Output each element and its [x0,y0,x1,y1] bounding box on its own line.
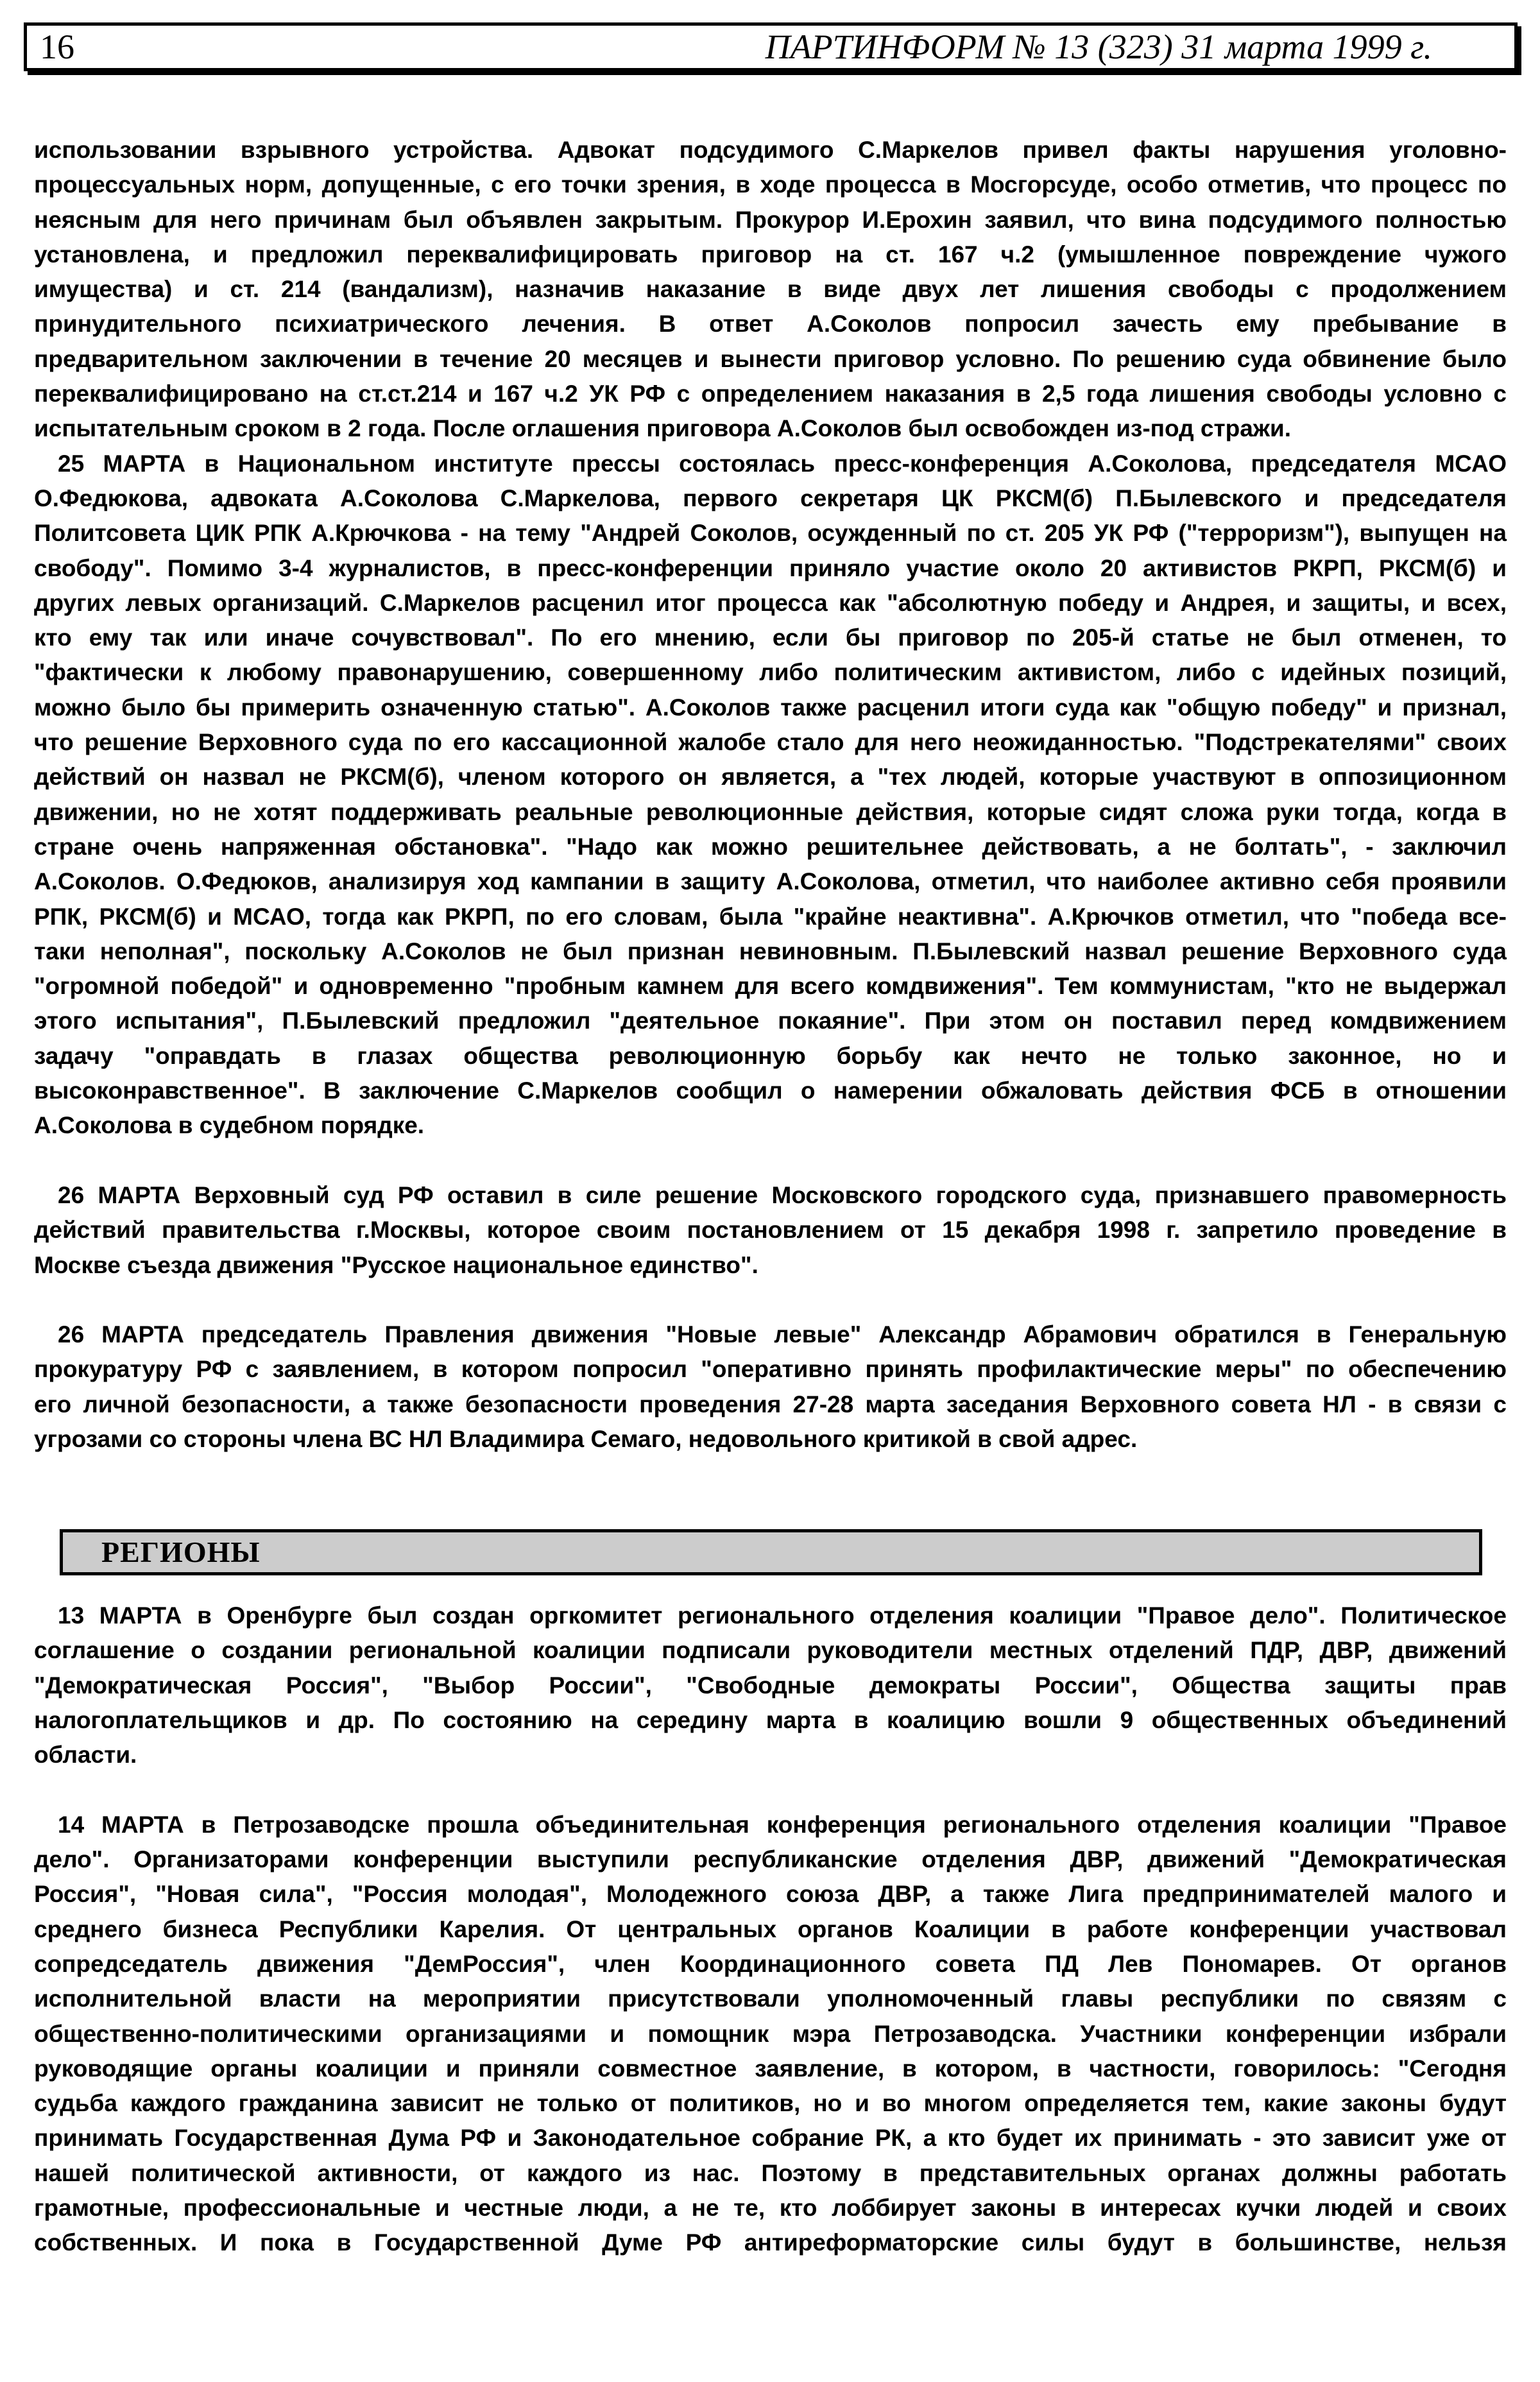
section-title: РЕГИОНЫ [101,1534,261,1571]
text-line: налогоплательщиков и др. По состоянию на… [34,1703,1507,1738]
text-line: высоконравственное". В заключение С.Марк… [34,1074,1507,1108]
text-line: "Демократическая Россия", "Выбор России"… [34,1668,1507,1703]
text-line: его личной безопасности, а также безопас… [34,1387,1507,1422]
text-line: Политсовета ЦИК РПК А.Крючкова - на тему… [34,516,1507,551]
text-line: 14 МАРТА в Петрозаводске прошла объедини… [34,1808,1507,1842]
text-line: среднего бизнеса Республики Карелия. От … [34,1912,1507,1947]
paragraph-gap [34,1772,1507,1807]
regions-column: 13 МАРТА в Оренбурге был создан оргкомит… [34,1598,1507,2261]
text-line: стране очень напряженная обстановка". "Н… [34,830,1507,864]
text-line: неясным для него причинам был объявлен з… [34,203,1507,237]
text-line: 26 МАРТА Верховный суд РФ оставил в силе… [34,1178,1507,1213]
text-line: "фактически к любому правонарушению, сов… [34,655,1507,690]
text-line: что решение Верховного суда по его касса… [34,725,1507,760]
text-line: можно было бы примерить означенную стать… [34,690,1507,725]
text-line: прокуратуру РФ с заявлением, в котором п… [34,1352,1507,1387]
text-line: А.Соколова в судебном порядке. [34,1108,1507,1143]
text-line: действий правительства г.Москвы, которое… [34,1213,1507,1247]
text-line: собственных. И пока в Государственной Ду… [34,2225,1507,2260]
text-line: нашей политической активности, от каждог… [34,2156,1507,2191]
article-paragraph: использовании взрывного устройства. Адво… [34,133,1507,447]
text-line: переквалифицировано на ст.ст.214 и 167 ч… [34,377,1507,411]
text-line: дело". Организаторами конференции выступ… [34,1842,1507,1877]
article-paragraph: 25 МАРТА в Национальном институте прессы… [34,447,1507,1144]
text-line: Москве съезда движения "Русское национал… [34,1248,1507,1283]
text-line: грамотные, профессиональные и честные лю… [34,2191,1507,2225]
text-line: А.Соколов. О.Федюков, анализируя ход кам… [34,864,1507,899]
text-line: принимать Государственная Дума РФ и Зако… [34,2121,1507,2155]
text-line: движении, но не хотят поддерживать реаль… [34,795,1507,830]
text-line: РПК, РКСМ(б) и МСАО, тогда как РКРП, по … [34,900,1507,934]
section-heading-regions: РЕГИОНЫ [60,1529,1482,1575]
text-line: судьба каждого гражданина зависит не тол… [34,2086,1507,2121]
text-line: этого испытания", П.Былевский предложил … [34,1004,1507,1038]
article-paragraph: 26 МАРТА Верховный суд РФ оставил в силе… [34,1178,1507,1283]
text-line: соглашение о создании региональной коали… [34,1633,1507,1668]
text-line: процессуальных норм, допущенные, с его т… [34,167,1507,202]
text-line: других левых организаций. С.Маркелов рас… [34,586,1507,621]
text-line: установлена, и предложил переквалифициро… [34,237,1507,272]
text-line: испытательным сроком в 2 года. После огл… [34,411,1507,446]
article-paragraph: 26 МАРТА председатель Правления движения… [34,1317,1507,1457]
paragraph-gap [34,1283,1507,1317]
text-line: общественно-политическими организациями … [34,2017,1507,2052]
text-line: кто ему так или иначе сочувствовал". По … [34,621,1507,655]
text-line: использовании взрывного устройства. Адво… [34,133,1507,167]
text-line: исполнительной власти на мероприятии при… [34,1982,1507,2016]
publication-title: ПАРТИНФОРМ № 13 (323) 31 марта 1999 г. [766,27,1432,67]
text-line: принудительного психиатрического лечения… [34,307,1507,341]
text-line: 25 МАРТА в Национальном институте прессы… [34,447,1507,481]
news-chronicle-column: использовании взрывного устройства. Адво… [34,133,1507,1457]
text-line: области. [34,1738,1507,1772]
text-line: "огромной победой" и одновременно "пробн… [34,969,1507,1004]
text-line: 13 МАРТА в Оренбурге был создан оргкомит… [34,1598,1507,1633]
text-line: действий он назвал не РКСМ(б), членом ко… [34,760,1507,794]
text-line: 26 МАРТА председатель Правления движения… [34,1317,1507,1352]
page-number: 16 [40,27,74,67]
article-paragraph: 14 МАРТА в Петрозаводске прошла объедини… [34,1808,1507,2261]
text-line: имущества) и ст. 214 (вандализм), назнач… [34,272,1507,307]
text-line: О.Федюкова, адвоката А.Соколова С.Маркел… [34,481,1507,516]
text-line: свободу". Помимо 3-4 журналистов, в прес… [34,551,1507,586]
text-line: предварительном заключении в течение 20 … [34,342,1507,377]
text-line: угрозами со стороны члена ВС НЛ Владимир… [34,1422,1507,1457]
text-line: руководящие органы коалиции и приняли со… [34,2052,1507,2086]
page-header: 16 ПАРТИНФОРМ № 13 (323) 31 марта 1999 г… [24,22,1518,71]
text-line: Россия", "Новая сила", "Россия молодая",… [34,1877,1507,1912]
text-line: задачу "оправдать в глазах общества рево… [34,1039,1507,1074]
paragraph-gap [34,1144,1507,1178]
article-paragraph: 13 МАРТА в Оренбурге был создан оргкомит… [34,1598,1507,1772]
text-line: сопредседатель движения "ДемРоссия", чле… [34,1947,1507,1982]
text-line: таки неполная", поскольку А.Соколов не б… [34,934,1507,969]
